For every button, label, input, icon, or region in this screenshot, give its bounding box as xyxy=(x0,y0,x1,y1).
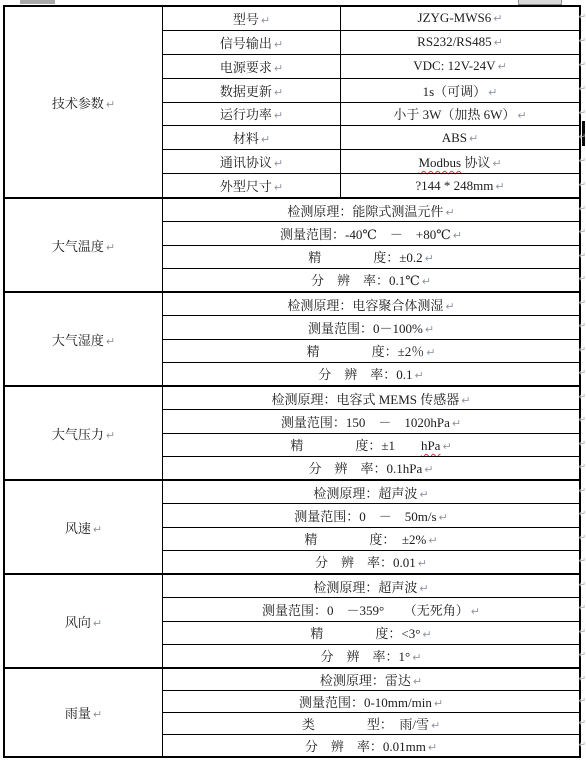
section-title: 大气压力 xyxy=(52,424,104,443)
table-row: 分 辨 率：0.1hPa↵↵ xyxy=(163,456,579,479)
spec-value-cell: JZYG-MWS6↵ xyxy=(341,7,579,30)
spec-text: 精 度：±0.2 xyxy=(308,247,422,266)
paragraph-mark-icon: ↵ xyxy=(422,629,431,640)
paragraph-mark-icon: ↵ xyxy=(493,13,502,24)
end-of-row-mark-icon: ↵ xyxy=(578,651,586,660)
paragraph-mark-icon: ↵ xyxy=(426,347,435,358)
table-row: 精 度：±1 hPa↵↵ xyxy=(163,433,579,456)
spec-text: 类 型： 雨/雪 xyxy=(302,714,429,733)
end-of-row-mark-icon: ↵ xyxy=(578,206,586,215)
spec-text: 检测原理：电容聚合体测湿 xyxy=(287,295,443,314)
paragraph-mark-icon: ↵ xyxy=(445,301,454,312)
table-row: 测量范围：150 － 1020hPa↵↵ xyxy=(163,409,579,432)
paragraph-mark-icon: ↵ xyxy=(106,336,115,347)
spec-text-cell: 精 度：<3°↵ xyxy=(163,622,579,644)
table-row: 电源要求↵ VDC: 12V-24V↵ ↵ xyxy=(163,54,579,78)
table-row: 分 辨 率：0.1↵↵ xyxy=(163,362,579,385)
spec-text: 检测原理：超声波 xyxy=(313,577,417,596)
paragraph-mark-icon: ↵ xyxy=(492,158,501,169)
section-title: 大气温度 xyxy=(52,236,104,255)
spec-text: 测量范围：150 － 1020hPa xyxy=(281,412,450,431)
paragraph-mark-icon: ↵ xyxy=(431,720,440,731)
spec-text-cell: 分 辨 率：0.01mm↵ xyxy=(163,735,579,756)
spec-text-cell: 测量范围：0－100%↵ xyxy=(163,316,579,338)
end-of-row-mark-icon: ↵ xyxy=(578,157,586,166)
spec-value-cell: VDC: 12V-24V↵ xyxy=(341,55,579,78)
paragraph-mark-icon: ↵ xyxy=(428,535,437,546)
spec-text-cell: 分 辨 率：0.1↵ xyxy=(163,363,579,385)
paragraph-mark-icon: ↵ xyxy=(413,676,422,687)
paragraph-mark-icon: ↵ xyxy=(517,110,526,121)
spec-label: 数据更新 xyxy=(220,81,272,100)
end-of-row-mark-icon: ↵ xyxy=(578,86,586,95)
paragraph-mark-icon: ↵ xyxy=(93,709,102,720)
section-title: 大气湿度 xyxy=(52,330,104,349)
table-row: 检测原理：电容式 MEMS 传感器↵↵ xyxy=(163,387,579,409)
table-row: 测量范围：-40℃ － +80℃↵↵ xyxy=(163,221,579,244)
spec-text-cell: 分 辨 率：1°↵ xyxy=(163,645,579,667)
paragraph-mark-icon: ↵ xyxy=(106,242,115,253)
spec-text-cell: 测量范围：0 － 50m/s↵ xyxy=(163,504,579,526)
section-header-air-humidity: 大气湿度↵ xyxy=(5,293,163,385)
spec-text-cell: 精 度： ±2%↵ xyxy=(163,528,579,550)
paragraph-mark-icon: ↵ xyxy=(494,37,503,48)
spec-text-cell: 精 度：±1 hPa↵ xyxy=(163,434,579,456)
paragraph-mark-icon: ↵ xyxy=(495,181,504,192)
section-air-humidity: 大气湿度↵ 检测原理：电容聚合体测湿↵↵ 测量范围：0－100%↵↵ 精 度：±… xyxy=(5,291,579,385)
table-row: 检测原理：超声波↵↵ xyxy=(163,575,579,597)
spec-text-cell: 测量范围：150 － 1020hPa↵ xyxy=(163,410,579,432)
paragraph-mark-icon: ↵ xyxy=(106,430,115,441)
end-of-row-mark-icon: ↵ xyxy=(578,133,586,142)
spec-text: 分 辨 率：0.1hPa xyxy=(309,458,423,477)
spec-text-cell: 检测原理：电容聚合体测湿↵ xyxy=(163,293,579,315)
spec-text-cell: 检测原理：能隙式测温元件↵ xyxy=(163,199,579,221)
spec-text: 测量范围：0-10mm/min xyxy=(299,692,432,711)
spec-label-cell: 型号↵ xyxy=(163,7,341,30)
end-of-row-mark-icon: ↵ xyxy=(578,275,586,284)
spec-text: 检测原理：电容式 MEMS 传感器 xyxy=(271,389,459,408)
paragraph-mark-icon: ↵ xyxy=(274,182,283,193)
spec-label-cell: 材料↵ xyxy=(163,126,341,149)
end-of-row-mark-icon: ↵ xyxy=(578,14,586,23)
paragraph-mark-icon: ↵ xyxy=(442,441,451,452)
spec-text: 分 辨 率：0.01 xyxy=(315,552,416,571)
section-rainfall: 雨量↵ 检测原理：雷达↵↵ 测量范围：0-10mm/min↵↵ 类 型： 雨/雪… xyxy=(5,667,579,756)
paragraph-mark-icon: ↵ xyxy=(93,524,102,535)
spec-text: 检测原理：能隙式测温元件 xyxy=(287,201,443,220)
spellcheck-underline: Modbus xyxy=(418,155,461,170)
spec-label: 型号 xyxy=(233,9,259,28)
spec-text-cell: 检测原理：超声波↵ xyxy=(163,481,579,503)
paragraph-mark-icon: ↵ xyxy=(419,489,428,500)
spec-text: 精 度：±2％ xyxy=(307,341,425,360)
spec-text: 精 度：<3° xyxy=(310,623,420,642)
end-of-row-mark-icon: ↵ xyxy=(578,511,586,520)
table-row: 材料↵ ABS↵ ↵ xyxy=(163,125,579,149)
spec-text: 检测原理：超声波 xyxy=(313,483,417,502)
section-header-tech-params: 技术参数↵ xyxy=(5,7,163,197)
table-row: 检测原理：电容聚合体测湿↵↵ xyxy=(163,293,579,315)
section-air-pressure: 大气压力↵ 检测原理：电容式 MEMS 传感器↵↵ 测量范围：150 － 102… xyxy=(5,385,579,479)
end-of-row-mark-icon: ↵ xyxy=(578,488,586,497)
table-row: 精 度：<3°↵↵ xyxy=(163,621,579,644)
spec-label: 电源要求 xyxy=(220,57,272,76)
spec-text-cell: 检测原理：电容式 MEMS 传感器↵ xyxy=(163,387,579,409)
paragraph-mark-icon: ↵ xyxy=(422,276,431,287)
table-row: 类 型： 雨/雪↵↵ xyxy=(163,712,579,734)
end-of-row-mark-icon: ↵ xyxy=(578,109,586,118)
spec-value: ?144 * 248mm xyxy=(415,178,493,194)
end-of-row-mark-icon: ↵ xyxy=(578,229,586,238)
paragraph-mark-icon: ↵ xyxy=(261,15,270,26)
spec-label: 材料 xyxy=(233,128,259,147)
table-row: 检测原理：超声波↵↵ xyxy=(163,481,579,503)
table-row: 运行功率↵ 小于 3W（加热 6W）↵ ↵ xyxy=(163,102,579,126)
spec-label-cell: 运行功率↵ xyxy=(163,103,341,126)
paragraph-mark-icon: ↵ xyxy=(274,87,283,98)
end-of-row-mark-icon: ↵ xyxy=(578,582,586,591)
spec-label: 通讯协议 xyxy=(220,152,272,171)
table-row: 测量范围：0 －359° （无死角）↵↵ xyxy=(163,597,579,620)
clipped-artifact-left xyxy=(20,0,55,4)
spec-text: 测量范围：-40℃ － +80℃ xyxy=(280,224,451,243)
spec-text: 测量范围：0 －359° （无死角） xyxy=(262,600,469,619)
paragraph-mark-icon: ↵ xyxy=(434,698,443,709)
spec-label-cell: 通讯协议↵ xyxy=(163,150,341,173)
paragraph-mark-icon: ↵ xyxy=(274,110,283,121)
paragraph-mark-icon: ↵ xyxy=(412,652,421,663)
end-of-row-mark-icon: ↵ xyxy=(578,323,586,332)
table-row: 分 辨 率：1°↵↵ xyxy=(163,644,579,667)
spec-value: 小于 3W（加热 6W） xyxy=(393,104,515,123)
spec-text-cell: 测量范围：0-10mm/min↵ xyxy=(163,691,579,712)
table-row: 检测原理：能隙式测温元件↵↵ xyxy=(163,199,579,221)
end-of-row-mark-icon: ↵ xyxy=(578,417,586,426)
paragraph-mark-icon: ↵ xyxy=(93,618,102,629)
section-title: 风向 xyxy=(65,612,91,631)
spec-text-cell: 检测原理：雷达↵ xyxy=(163,669,579,690)
spec-text: 精 度： ±2% xyxy=(304,529,426,548)
section-title: 风速 xyxy=(65,518,91,537)
paragraph-mark-icon: ↵ xyxy=(439,512,448,523)
section-header-air-temperature: 大气温度↵ xyxy=(5,199,163,291)
paragraph-mark-icon: ↵ xyxy=(453,230,462,241)
section-header-rainfall: 雨量↵ xyxy=(5,669,163,756)
end-of-row-mark-icon: ↵ xyxy=(578,675,586,684)
end-of-row-mark-icon: ↵ xyxy=(578,394,586,403)
end-of-row-mark-icon: ↵ xyxy=(578,300,586,309)
table-row: 信号输出↵ RS232/RS485↵ ↵ xyxy=(163,30,579,54)
table-row: 测量范围：0-10mm/min↵↵ xyxy=(163,690,579,712)
table-row: 精 度：±0.2↵↵ xyxy=(163,245,579,268)
spec-value-cell: ABS↵ xyxy=(341,126,579,149)
paragraph-mark-icon: ↵ xyxy=(419,583,428,594)
paragraph-mark-icon: ↵ xyxy=(488,87,497,98)
paragraph-mark-icon: ↵ xyxy=(418,558,427,569)
spec-label-cell: 信号输出↵ xyxy=(163,31,341,54)
end-of-row-mark-icon: ↵ xyxy=(578,697,586,706)
spec-label-cell: 数据更新↵ xyxy=(163,79,341,102)
end-of-row-mark-icon: ↵ xyxy=(578,346,586,355)
end-of-row-mark-icon: ↵ xyxy=(578,605,586,614)
end-of-row-mark-icon: ↵ xyxy=(578,252,586,261)
spec-text: 分 辨 率：0.1 xyxy=(318,364,412,383)
table-row: 精 度：±2％↵↵ xyxy=(163,339,579,362)
paragraph-mark-icon: ↵ xyxy=(106,99,115,110)
end-of-row-mark-icon: ↵ xyxy=(578,62,586,71)
table-row: 检测原理：雷达↵↵ xyxy=(163,669,579,690)
paragraph-mark-icon: ↵ xyxy=(428,742,437,753)
spec-text-cell: 检测原理：超声波↵ xyxy=(163,575,579,597)
end-of-row-mark-icon: ↵ xyxy=(578,741,586,750)
spec-value-cell: 1s（可调）↵ xyxy=(341,79,579,102)
table-row: 外型尺寸↵ ?144 * 248mm↵ ↵ xyxy=(163,173,579,197)
paragraph-mark-icon: ↵ xyxy=(425,324,434,335)
table-row: 测量范围：0 － 50m/s↵↵ xyxy=(163,503,579,526)
table-row: 分 辨 率：0.01↵↵ xyxy=(163,550,579,573)
end-of-row-mark-icon: ↵ xyxy=(578,369,586,378)
table-row: 精 度： ±2%↵↵ xyxy=(163,527,579,550)
spec-value: JZYG-MWS6 xyxy=(418,10,492,26)
spec-value: RS232/RS485 xyxy=(417,34,491,50)
paragraph-mark-icon: ↵ xyxy=(274,63,283,74)
spec-table: 技术参数↵ 型号↵ JZYG-MWS6↵ ↵ 信号输出↵ RS232/RS485… xyxy=(3,5,581,758)
spec-text-cell: 精 度：±0.2↵ xyxy=(163,246,579,268)
spec-text: 分 辨 率：1° xyxy=(321,646,411,665)
spec-text-cell: 分 辨 率：0.01↵ xyxy=(163,551,579,573)
paragraph-mark-icon: ↵ xyxy=(261,134,270,145)
spec-text: 分 辨 率：0.1℃ xyxy=(311,270,420,289)
spec-value-cell: ?144 * 248mm↵ xyxy=(341,174,579,197)
spec-label: 运行功率 xyxy=(220,104,272,123)
section-header-air-pressure: 大气压力↵ xyxy=(5,387,163,479)
paragraph-mark-icon: ↵ xyxy=(425,253,434,264)
table-row: 测量范围：0－100%↵↵ xyxy=(163,315,579,338)
spec-text-cell: 类 型： 雨/雪↵ xyxy=(163,713,579,734)
table-row: 分 辨 率：0.1℃↵↵ xyxy=(163,268,579,291)
spec-value-cell: RS232/RS485↵ xyxy=(341,31,579,54)
table-row: 通讯协议↵ Modbus 协议↵ ↵ xyxy=(163,149,579,173)
spec-text: 检测原理：雷达 xyxy=(320,670,411,689)
document-page: 技术参数↵ 型号↵ JZYG-MWS6↵ ↵ 信号输出↵ RS232/RS485… xyxy=(0,0,586,761)
paragraph-mark-icon: ↵ xyxy=(274,39,283,50)
paragraph-mark-icon: ↵ xyxy=(461,395,470,406)
table-row: 型号↵ JZYG-MWS6↵ ↵ xyxy=(163,7,579,30)
paragraph-mark-icon: ↵ xyxy=(452,418,461,429)
spellcheck-underline: hPa xyxy=(421,438,441,453)
end-of-row-mark-icon: ↵ xyxy=(578,628,586,637)
end-of-row-mark-icon: ↵ xyxy=(578,463,586,472)
end-of-row-mark-icon: ↵ xyxy=(578,38,586,47)
spec-text: 分 辨 率：0.01mm xyxy=(305,736,426,755)
spec-text-cell: 分 辨 率：0.1℃↵ xyxy=(163,269,579,291)
section-wind-speed: 风速↵ 检测原理：超声波↵↵ 测量范围：0 － 50m/s↵↵ 精 度： ±2%… xyxy=(5,479,579,573)
table-row: 分 辨 率：0.01mm↵↵ xyxy=(163,734,579,756)
section-wind-direction: 风向↵ 检测原理：超声波↵↵ 测量范围：0 －359° （无死角）↵↵ 精 度：… xyxy=(5,573,579,667)
section-header-wind-direction: 风向↵ xyxy=(5,575,163,667)
table-row: 数据更新↵ 1s（可调）↵ ↵ xyxy=(163,78,579,102)
paragraph-mark-icon: ↵ xyxy=(471,606,480,617)
end-of-row-mark-icon: ↵ xyxy=(578,534,586,543)
paragraph-mark-icon: ↵ xyxy=(274,158,283,169)
section-title: 技术参数 xyxy=(52,93,104,112)
spec-value: VDC: 12V-24V xyxy=(413,58,495,74)
end-of-row-mark-icon: ↵ xyxy=(578,557,586,566)
paragraph-mark-icon: ↵ xyxy=(498,61,507,72)
section-title: 雨量 xyxy=(65,703,91,722)
section-air-temperature: 大气温度↵ 检测原理：能隙式测温元件↵↵ 测量范围：-40℃ － +80℃↵↵ … xyxy=(5,197,579,291)
spec-text: 测量范围：0 － 50m/s xyxy=(294,506,436,525)
end-of-row-mark-icon: ↵ xyxy=(578,440,586,449)
paragraph-mark-icon: ↵ xyxy=(469,133,478,144)
spec-value: ABS xyxy=(442,130,467,146)
spec-label-cell: 电源要求↵ xyxy=(163,55,341,78)
paragraph-mark-icon: ↵ xyxy=(424,464,433,475)
section-header-wind-speed: 风速↵ xyxy=(5,481,163,573)
end-of-row-mark-icon: ↵ xyxy=(578,181,586,190)
end-of-row-mark-icon: ↵ xyxy=(578,719,586,728)
spec-label: 信号输出 xyxy=(220,33,272,52)
spec-text-cell: 分 辨 率：0.1hPa↵ xyxy=(163,457,579,479)
paragraph-mark-icon: ↵ xyxy=(415,370,424,381)
paragraph-mark-icon: ↵ xyxy=(445,207,454,218)
spec-text-cell: 精 度：±2％↵ xyxy=(163,340,579,362)
section-tech-params: 技术参数↵ 型号↵ JZYG-MWS6↵ ↵ 信号输出↵ RS232/RS485… xyxy=(5,7,579,197)
spec-label: 外型尺寸 xyxy=(220,176,272,195)
spec-value-cell: Modbus 协议↵ xyxy=(341,150,579,173)
spec-text-cell: 测量范围：0 －359° （无死角）↵ xyxy=(163,598,579,620)
spec-text: 测量范围：0－100% xyxy=(308,318,423,337)
spec-value: Modbus 协议 xyxy=(418,152,490,171)
spec-label-cell: 外型尺寸↵ xyxy=(163,174,341,197)
spec-text: 精 度：±1 hPa xyxy=(290,435,440,454)
spec-text-cell: 测量范围：-40℃ － +80℃↵ xyxy=(163,222,579,244)
spec-value: 1s（可调） xyxy=(423,81,487,100)
spec-value-cell: 小于 3W（加热 6W）↵ xyxy=(341,103,579,126)
